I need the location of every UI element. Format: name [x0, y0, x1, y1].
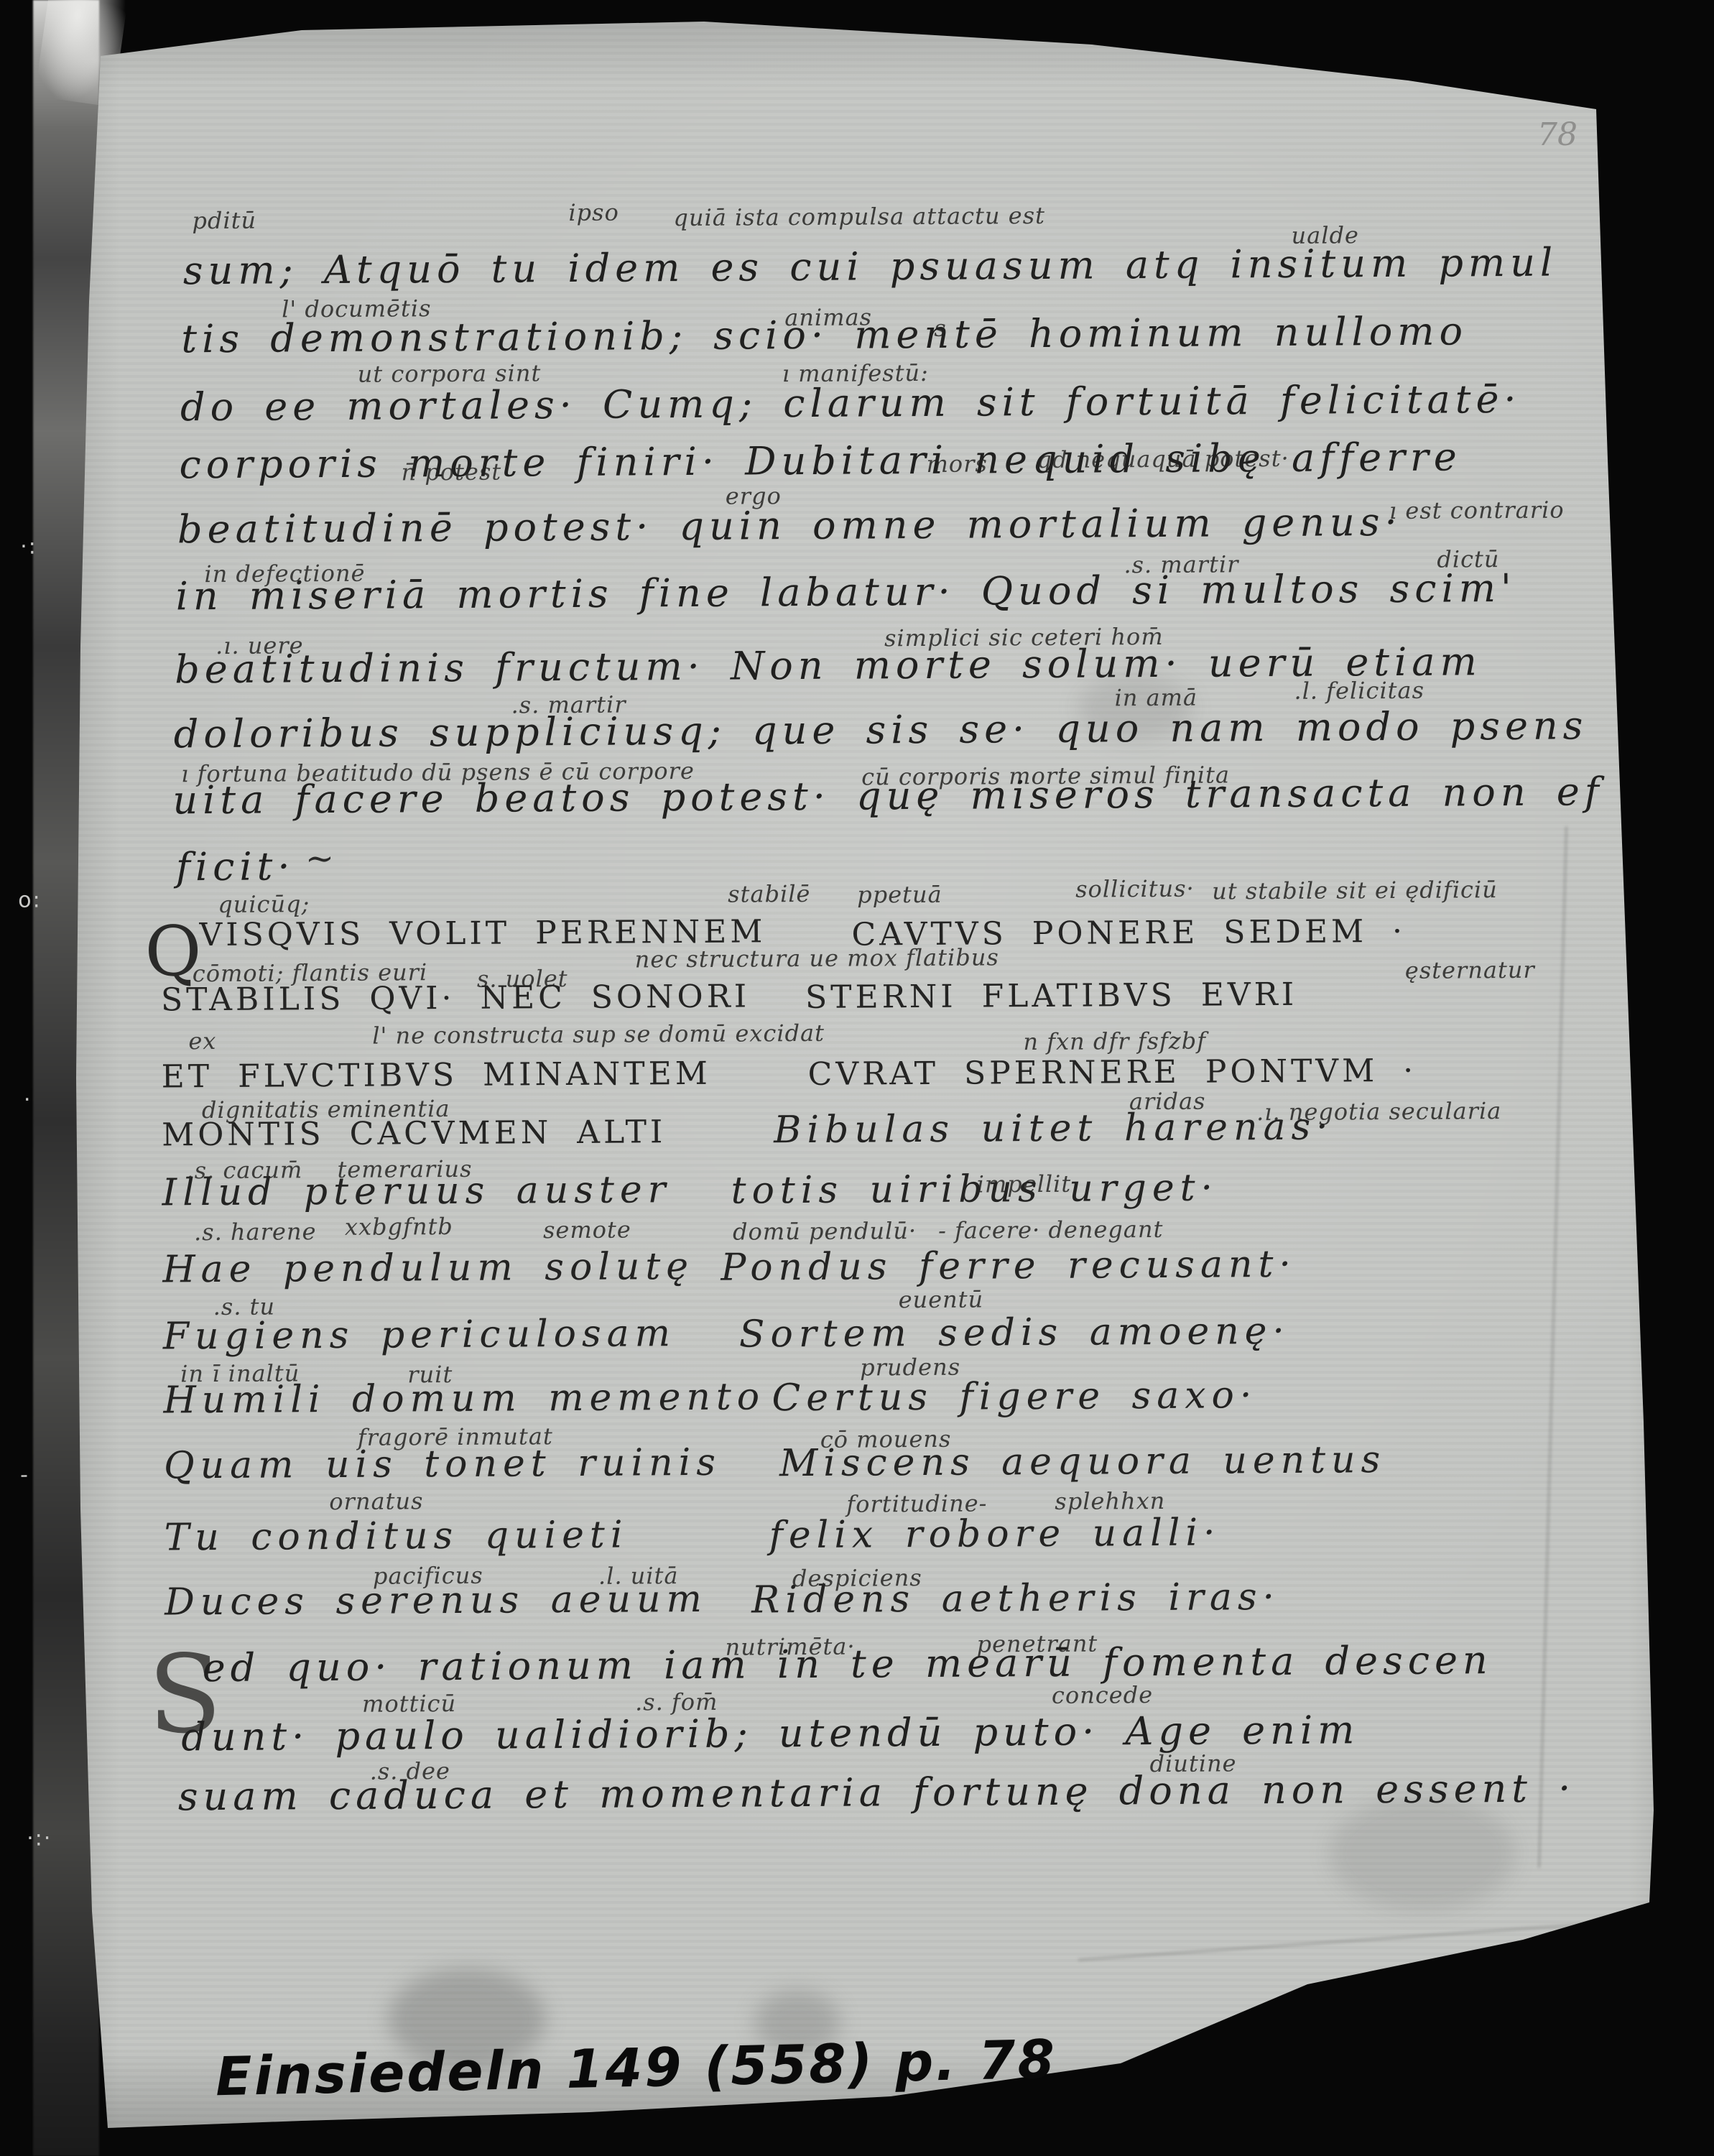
interlinear-gloss: xxbgfntb — [345, 1213, 453, 1241]
margin-mark: - — [20, 1463, 29, 1488]
interlinear-gloss: pditū — [192, 207, 256, 235]
interlinear-gloss: .l. felicitas — [1294, 677, 1425, 705]
manuscript-line: sum; Atquō tu idem es cui psuasum atq in… — [183, 240, 1558, 294]
manuscript-line: corporis morte finiri· Dubitari nequid s… — [179, 434, 1462, 487]
interlinear-gloss: ut stabile sit ei ędificiū — [1212, 876, 1498, 904]
manuscript-line: suam caduca et momentaria fortunę dona n… — [178, 1765, 1576, 1819]
manuscript-text-block: pditūipsoquiā ista compulsa attactu estu… — [0, 0, 1714, 2156]
interlinear-gloss: quicūq; — [218, 890, 310, 918]
manuscript-line: beatitudinē potest· quin omne mortalium … — [177, 499, 1402, 552]
manuscript-line: felix robore ualli· — [769, 1511, 1220, 1557]
manuscript-line: uita facere beatos potest· quę miseros t… — [172, 769, 1604, 823]
margin-mark: o: — [18, 887, 42, 912]
manuscript-line: in miseriā mortis fine labatur· Quod si … — [175, 565, 1516, 619]
interlinear-gloss: .s. harene — [194, 1218, 317, 1246]
folio-number: 78 — [1537, 116, 1578, 153]
interlinear-gloss: ppetuā — [857, 881, 942, 909]
manuscript-line: Fugiens periculosam — [163, 1312, 676, 1358]
manuscript-line: ficit· — [176, 843, 295, 889]
manuscript-line: totis uiribus urget· — [731, 1166, 1219, 1212]
manuscript-line: Tu conditus quieti — [164, 1514, 628, 1560]
manuscript-line: Miscens aequora uentus — [779, 1438, 1386, 1485]
interlinear-gloss: quiā ista compulsa attactu est — [673, 202, 1045, 231]
interlinear-gloss: l' ne constructa sup se domū excidat — [372, 1019, 825, 1050]
manuscript-line: Quam uis tonet ruinis — [164, 1441, 721, 1488]
manuscript-line: Ridens aetheris iras· — [751, 1576, 1280, 1621]
manuscript-line: do ee mortales· Cumq; clarum sit fortuit… — [180, 376, 1521, 430]
manuscript-line: CVRAT SPERNERE PONTVM · — [808, 1052, 1417, 1093]
margin-mark: · — [24, 1088, 32, 1113]
interlinear-gloss: concede — [1052, 1681, 1153, 1709]
interlinear-gloss: domū pendulū· — [733, 1217, 917, 1246]
manuscript-line: ed quo· rationum iam in te mearū fomenta… — [203, 1637, 1493, 1690]
manuscript-line: tis demonstrationib; scio· mentē hominum… — [181, 308, 1468, 361]
manuscript-line: Illud pteruus auster — [162, 1168, 672, 1214]
interlinear-gloss: ęsternatur — [1405, 956, 1535, 984]
interlinear-gloss: ex — [188, 1027, 216, 1055]
interlinear-gloss: stabilē — [728, 880, 810, 908]
margin-mark: ·: — [20, 535, 37, 560]
interlinear-gloss: euentū — [899, 1285, 984, 1313]
manuscript-line: Duces serenus aeuum — [165, 1578, 708, 1624]
manuscript-line: beatitudinis fructum· Non morte solum· u… — [175, 639, 1482, 692]
interlinear-gloss: ornatus — [329, 1487, 423, 1515]
margin-mark: ·:· — [27, 1826, 52, 1851]
interlinear-gloss: nec structura ue mox flatibus — [635, 943, 999, 973]
interlinear-gloss: n fxn dfr fsfzbf — [1023, 1027, 1206, 1056]
manuscript-line: ET FLVCTIBVS MINANTEM — [162, 1055, 711, 1096]
manuscript-line: Certus figere saxo· — [772, 1374, 1257, 1420]
interlinear-gloss: - facere· denegant — [938, 1216, 1164, 1244]
manuscript-line: Pondus ferre recusant· — [721, 1243, 1297, 1290]
manuscript-line: Humili domum memento — [163, 1375, 765, 1422]
interlinear-gloss: semote — [543, 1216, 631, 1244]
interlinear-gloss: ı est contrario — [1389, 496, 1565, 524]
manuscript-line: STERNI FLATIBVS EVRI — [805, 976, 1297, 1016]
manuscript-line: MONTIS CACVMEN ALTI — [162, 1114, 666, 1153]
manuscript-line: Sortem sedis amoenę· — [739, 1310, 1290, 1356]
interlinear-gloss: ipso — [568, 199, 619, 226]
manuscript-line: ~ — [305, 838, 335, 879]
manuscript-line: STABILIS QVI· NEC SONORI — [161, 978, 750, 1018]
interlinear-gloss: splehhxn — [1055, 1487, 1165, 1515]
manuscript-photo: pditūipsoquiā ista compulsa attactu estu… — [0, 0, 1714, 2156]
interlinear-gloss: sollicitus· — [1075, 875, 1195, 903]
manuscript-line: Hae pendulum solutę — [162, 1245, 694, 1292]
manuscript-line: doloribus suppliciusq; que sis se· quo n… — [174, 703, 1588, 757]
manuscript-line: Bibulas uitet harenas· — [774, 1106, 1334, 1152]
